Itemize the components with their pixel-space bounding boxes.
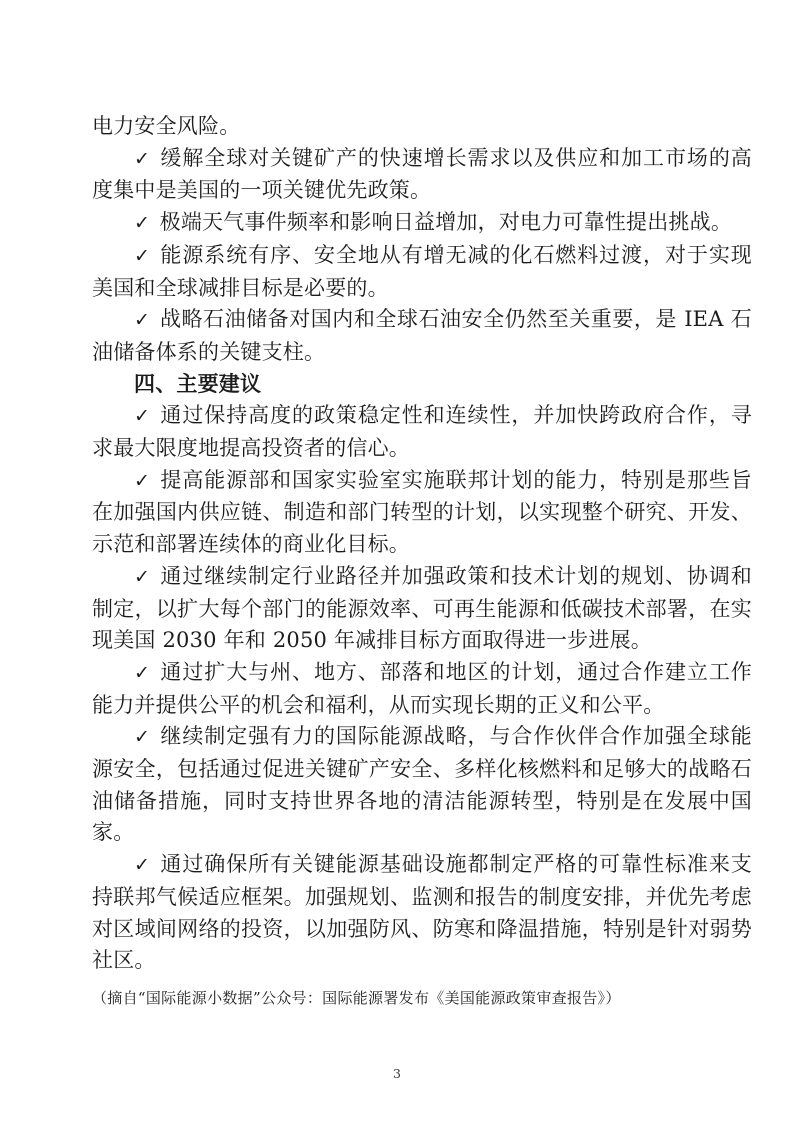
- document-body: 电力安全风险。✓缓解全球对关键矿产的快速增长需求以及供应和加工市场的高度集中是美…: [92, 111, 752, 1010]
- checkmark-icon: ✓: [134, 148, 151, 170]
- checkmark-icon: ✓: [134, 662, 151, 684]
- checkmark-icon: ✓: [134, 405, 151, 427]
- section-heading: 四、主要建议: [92, 369, 752, 401]
- checkmark-icon: ✓: [134, 470, 151, 492]
- checkmark-icon: ✓: [134, 566, 151, 588]
- bullet-paragraph: ✓缓解全球对关键矿产的快速增长需求以及供应和加工市场的高度集中是美国的一项关键优…: [92, 143, 752, 207]
- bullet-paragraph: ✓战略石油储备对国内和全球石油安全仍然至关重要，是 IEA 石油储备体系的关键支…: [92, 304, 752, 368]
- bullet-paragraph: ✓能源系统有序、安全地从有增无减的化石燃料过渡，对于实现美国和全球减排目标是必要…: [92, 240, 752, 304]
- bullet-paragraph: ✓通过继续制定行业路径并加强政策和技术计划的规划、协调和制定，以扩大每个部门的能…: [92, 561, 752, 657]
- bullet-paragraph: ✓提高能源部和国家实验室实施联邦计划的能力，特别是那些旨在加强国内供应链、制造和…: [92, 465, 752, 561]
- bullet-paragraph: ✓通过确保所有关键能源基础设施都制定严格的可靠性标准来支持联邦气候适应框架。加强…: [92, 849, 752, 977]
- source-note: （摘自“国际能源小数据”公众号：国际能源署发布《美国能源政策审查报告》）: [92, 986, 752, 1010]
- checkmark-icon: ✓: [134, 245, 151, 267]
- bullet-paragraph: ✓极端天气事件频率和影响日益增加，对电力可靠性提出挑战。: [92, 207, 752, 240]
- body-paragraph: 电力安全风险。: [92, 111, 752, 143]
- checkmark-icon: ✓: [134, 309, 150, 331]
- page-number: 3: [0, 1066, 794, 1081]
- bullet-paragraph: ✓通过扩大与州、地方、部落和地区的计划，通过合作建立工作能力并提供公平的机会和福…: [92, 657, 752, 721]
- checkmark-icon: ✓: [134, 726, 151, 748]
- bullet-paragraph: ✓通过保持高度的政策稳定性和连续性，并加快跨政府合作，寻求最大限度地提高投资者的…: [92, 400, 752, 464]
- checkmark-icon: ✓: [134, 212, 150, 234]
- document-page: 电力安全风险。✓缓解全球对关键矿产的快速增长需求以及供应和加工市场的高度集中是美…: [0, 0, 794, 1123]
- checkmark-icon: ✓: [134, 854, 151, 876]
- bullet-paragraph: ✓继续制定强有力的国际能源战略，与合作伙伴合作加强全球能源安全，包括通过促进关键…: [92, 721, 752, 849]
